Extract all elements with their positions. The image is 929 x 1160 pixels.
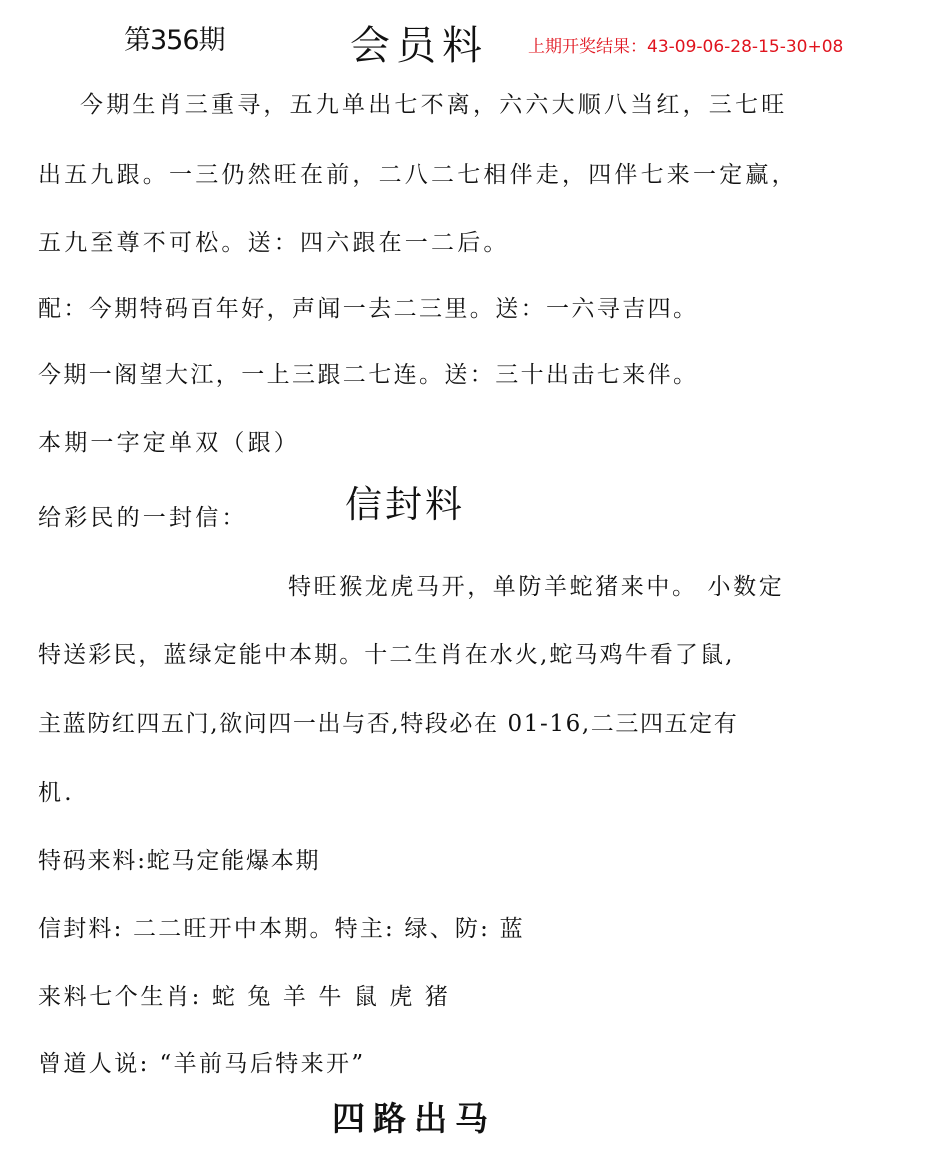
member-text-line-4: 配：今期特码百年好，声闻一去二三里。送：一六寻吉四。 bbox=[38, 290, 698, 323]
envelope-line: 信封料: 二二旺开中本期。特主: 绿、防: 蓝 bbox=[38, 910, 525, 943]
issue-number: 第356期 bbox=[124, 18, 225, 57]
member-text-line-2: 出五九跟。一三仍然旺在前，二八二七相伴走，四伴七来一定赢， bbox=[38, 156, 798, 189]
special-code-line: 特码来料:蛇马定能爆本期 bbox=[38, 842, 320, 875]
member-text-line-3: 五九至尊不可松。送：四六跟在一二后。 bbox=[38, 224, 510, 257]
zodiac-line: 来料七个生肖: 蛇 兔 羊 牛 鼠 虎 猪 bbox=[38, 978, 451, 1011]
letter-text-line-2: 特送彩民，蓝绿定能中本期。十二生肖在水火,蛇马鸡牛看了鼠, bbox=[38, 636, 735, 669]
member-text-line-6: 本期一字定单双（跟） bbox=[38, 424, 300, 457]
letter-section-title: 信封料 bbox=[345, 474, 465, 528]
footer-title: 四路出马 bbox=[332, 1093, 496, 1140]
last-draw-result: 上期开奖结果：43-09-06-28-15-30+08 bbox=[528, 32, 843, 57]
quote-line: 曾道人说: “羊前马后特来开” bbox=[38, 1045, 366, 1078]
letter-intro: 给彩民的一封信： bbox=[38, 499, 248, 532]
member-text-line-1: 今期生肖三重寻，五九单出七不离，六六大顺八当红，三七旺 bbox=[80, 86, 787, 119]
letter-text-line-3: 主蓝防红四五门,欲问四一出与否,特段必在 01-16,二三四五定有 bbox=[38, 705, 738, 738]
letter-text-line-4: 机. bbox=[38, 774, 75, 807]
member-text-line-5: 今期一阁望大江，一上三跟二七连。送：三十出击七来伴。 bbox=[38, 356, 698, 389]
letter-text-line-1: 特旺猴龙虎马开，单防羊蛇猪来中。 小数定 bbox=[288, 568, 784, 601]
page-title: 会员料 bbox=[350, 14, 488, 71]
